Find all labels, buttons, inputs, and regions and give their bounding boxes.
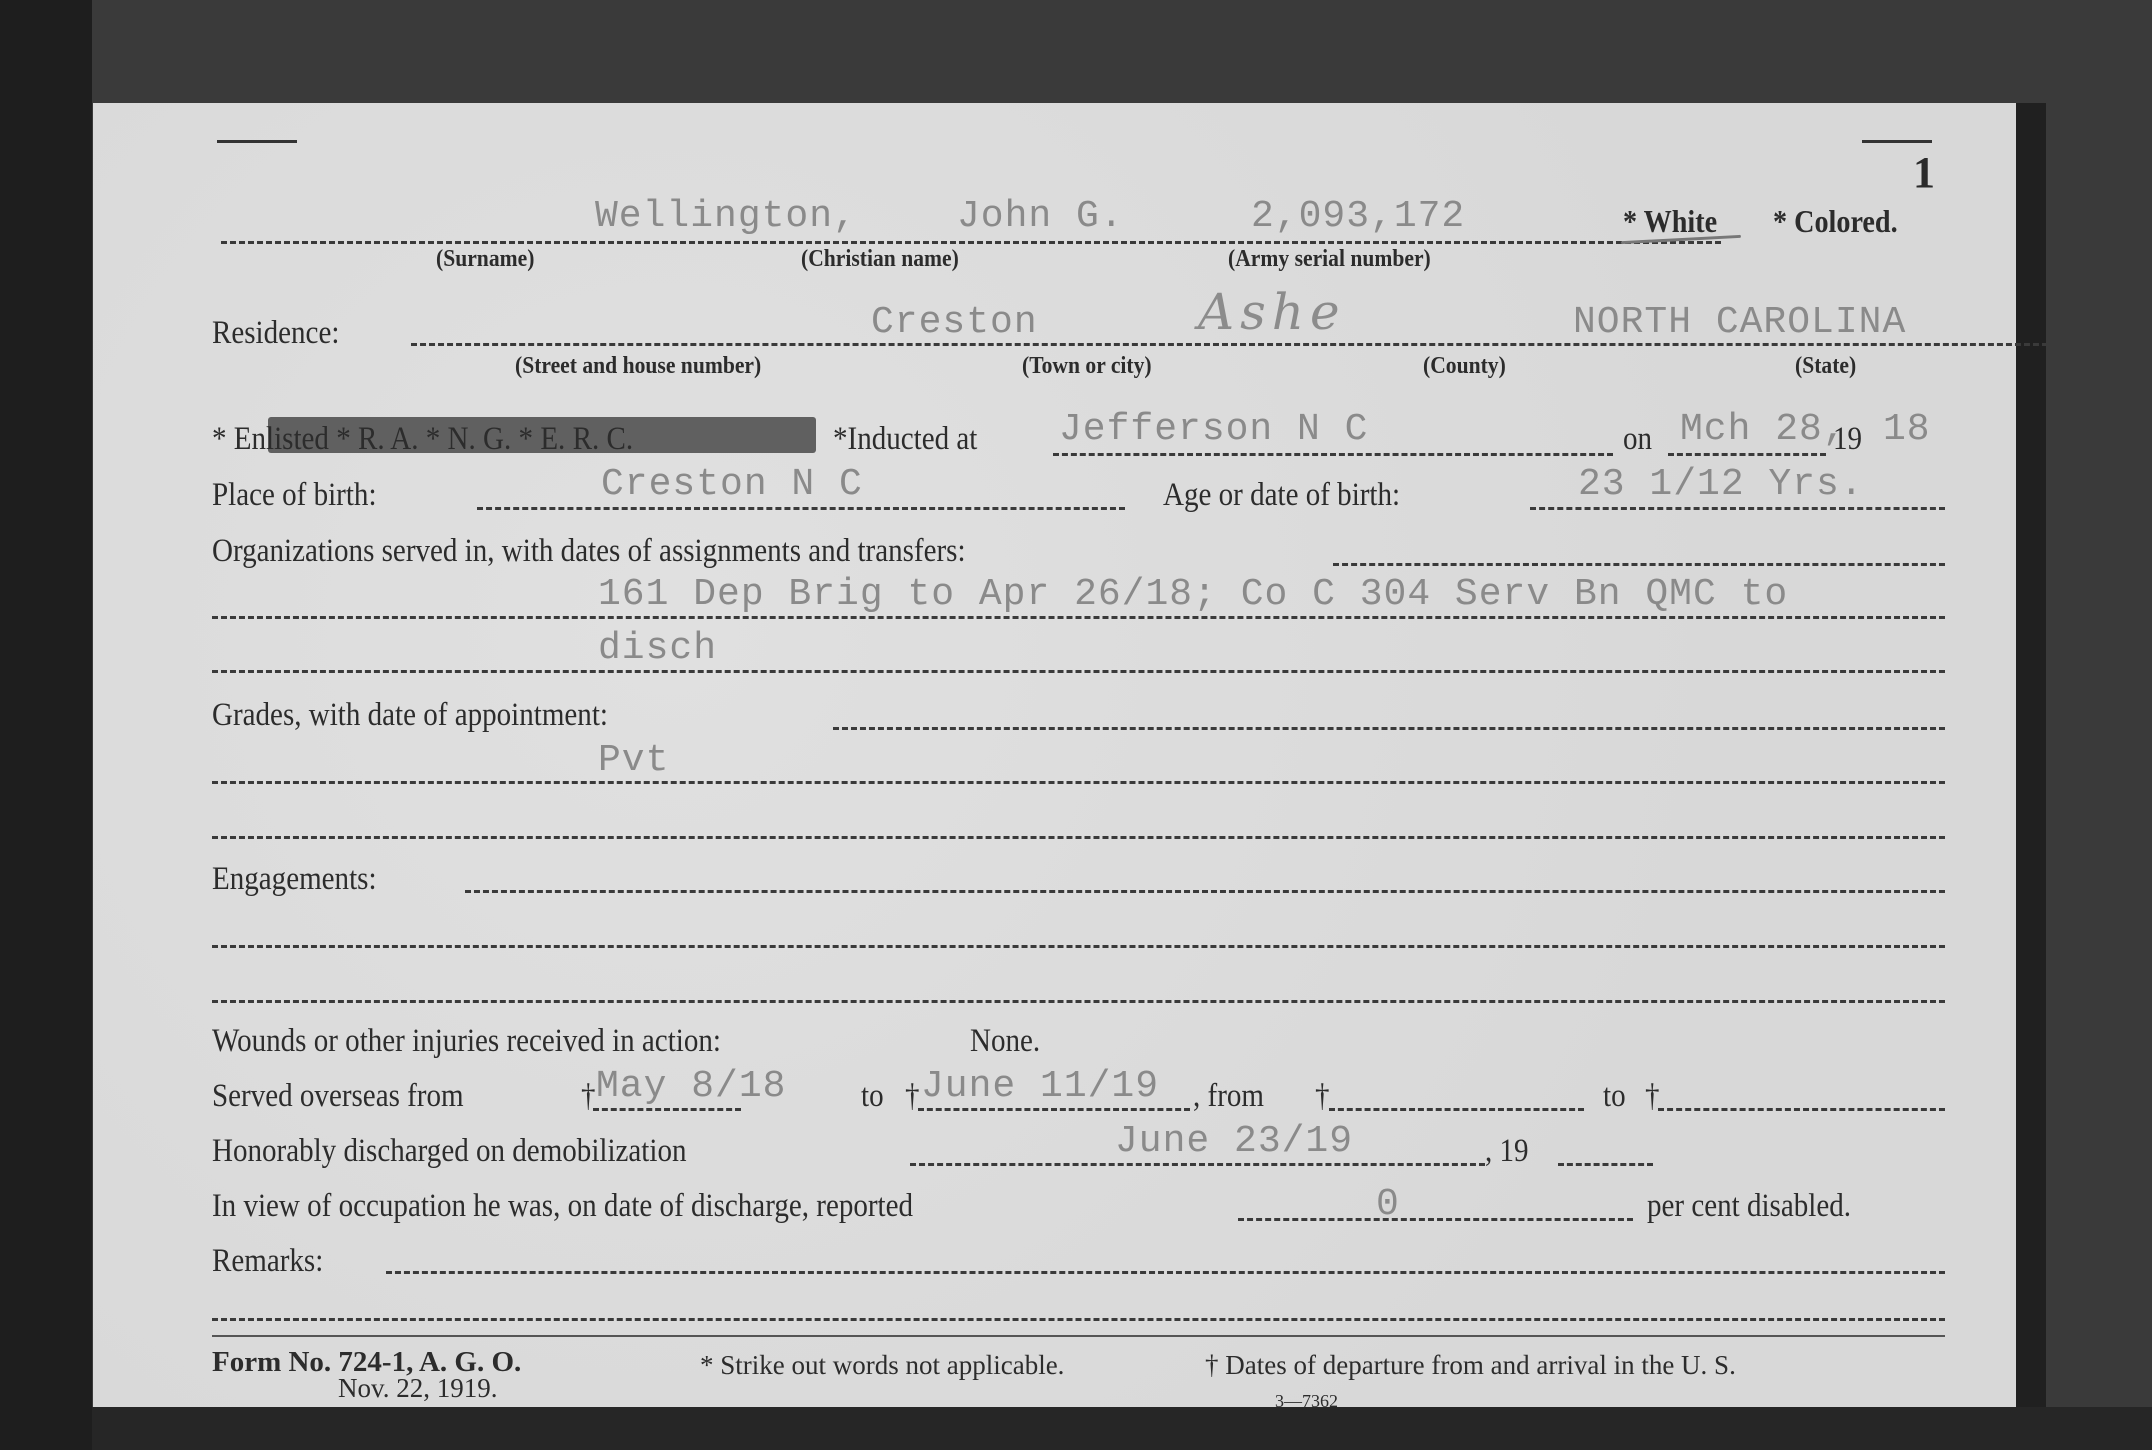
overseas-from2-label: , from — [1193, 1078, 1264, 1115]
strike-out-note: * Strike out words not applicable. — [700, 1350, 1064, 1381]
discharge-year-label: , 19 — [1485, 1133, 1529, 1170]
overseas-to-label: to — [861, 1078, 884, 1115]
discharge-date-value: June 23/19 — [1115, 1120, 1353, 1163]
state-label: (State) — [1795, 353, 1856, 380]
form-date: Nov. 22, 1919. — [338, 1373, 498, 1404]
inducted-at-label: *Inducted at — [833, 421, 977, 458]
dagger-note: † Dates of departure from and arrival in… — [1205, 1350, 1736, 1381]
remarks-line-1 — [212, 1318, 1945, 1321]
town-label: (Town or city) — [1022, 353, 1152, 380]
footer-divider — [212, 1335, 1945, 1337]
organizations-entry: disch — [598, 627, 717, 670]
disability-suffix: per cent disabled. — [1647, 1188, 1851, 1225]
race-white-option: * White — [1623, 203, 1717, 240]
engagements-line-2 — [212, 1000, 1945, 1003]
page-number: 1 — [1913, 147, 1935, 198]
overseas-to-value: June 11/19 — [921, 1065, 1159, 1108]
scan-border-left — [0, 0, 92, 1450]
disability-value: 0 — [1376, 1183, 1400, 1226]
overseas-from-value: May 8/18 — [596, 1065, 786, 1108]
serial-number-label: (Army serial number) — [1228, 246, 1431, 273]
induction-year-prefix: 19 — [1833, 421, 1862, 458]
place-of-birth-line — [477, 507, 1125, 510]
age-line — [1530, 507, 1945, 510]
place-of-birth-value: Creston N C — [601, 463, 863, 506]
grade-entry: Pvt — [598, 739, 669, 782]
scan-border-bottom — [92, 1407, 2152, 1450]
grades-line-2 — [212, 836, 1945, 839]
engagements-label: Engagements: — [212, 861, 377, 898]
christian-name-value: John G. — [957, 195, 1124, 238]
surname-value: Wellington, — [595, 195, 857, 238]
residence-county-value: Ashe — [1198, 283, 1346, 341]
overseas-to2-label: to — [1603, 1078, 1626, 1115]
grades-line-0 — [833, 727, 1945, 730]
remarks-label: Remarks: — [212, 1243, 323, 1280]
organizations-entry: 161 Dep Brig to Apr 26/18; Co C 304 Serv… — [598, 573, 1788, 616]
organizations-line-2 — [212, 670, 1945, 673]
residence-label: Residence: — [212, 315, 339, 352]
age-label: Age or date of birth: — [1163, 477, 1400, 514]
overseas-to-line — [918, 1108, 1190, 1111]
street-label: (Street and house number) — [515, 353, 761, 380]
overseas-from-line — [593, 1108, 741, 1111]
induction-date-line — [1668, 453, 1826, 456]
service-record-card: 1 Wellington, John G. 2,093,172 * White … — [93, 103, 2016, 1407]
race-colored-option: * Colored. — [1773, 203, 1898, 240]
wounds-label: Wounds or other injuries received in act… — [212, 1023, 721, 1060]
organizations-line-1 — [212, 616, 1945, 619]
page-number-overline — [1862, 140, 1932, 143]
corner-dash — [217, 140, 297, 143]
county-label: (County) — [1423, 353, 1506, 380]
overseas-from2-line — [1329, 1108, 1584, 1111]
wounds-value: None. — [970, 1023, 1040, 1060]
enlistment-options: * Enlisted * R. A. * N. G. * E. R. C. — [212, 421, 633, 458]
inducted-at-value: Jefferson N C — [1059, 408, 1368, 451]
inducted-at-line — [1053, 453, 1613, 456]
disability-label: In view of occupation he was, on date of… — [212, 1188, 913, 1225]
served-overseas-label: Served overseas from — [212, 1078, 464, 1115]
overseas-to2-line — [1658, 1108, 1945, 1111]
engagements-line-0 — [465, 890, 1945, 893]
place-of-birth-label: Place of birth: — [212, 477, 377, 514]
residence-state-value: NORTH CAROLINA — [1573, 301, 1906, 344]
disability-line — [1238, 1218, 1633, 1221]
remarks-line-0 — [386, 1271, 1945, 1274]
grades-label: Grades, with date of appointment: — [212, 697, 608, 734]
organizations-line-0 — [1333, 563, 1945, 566]
discharge-year-line — [1558, 1163, 1653, 1166]
residence-town-value: Creston — [871, 301, 1038, 344]
dagger-mark: † — [1315, 1078, 1330, 1115]
engagements-line-1 — [212, 945, 1945, 948]
discharge-date-line — [910, 1163, 1485, 1166]
on-label: on — [1623, 421, 1652, 458]
discharge-label: Honorably discharged on demobilization — [212, 1133, 686, 1170]
surname-label: (Surname) — [436, 246, 534, 273]
christian-name-label: (Christian name) — [801, 246, 959, 273]
grades-line-1 — [212, 781, 1945, 784]
name-line — [221, 241, 1721, 244]
print-code: 3—7362 — [1275, 1391, 1338, 1412]
induction-date-value: Mch 28, — [1680, 408, 1847, 451]
organizations-label: Organizations served in, with dates of a… — [212, 533, 966, 570]
induction-year-suffix: 18 — [1883, 408, 1931, 451]
age-value: 23 1/12 Yrs. — [1578, 463, 1864, 506]
scan-border-right — [2016, 103, 2046, 1407]
serial-number-value: 2,093,172 — [1251, 195, 1465, 238]
